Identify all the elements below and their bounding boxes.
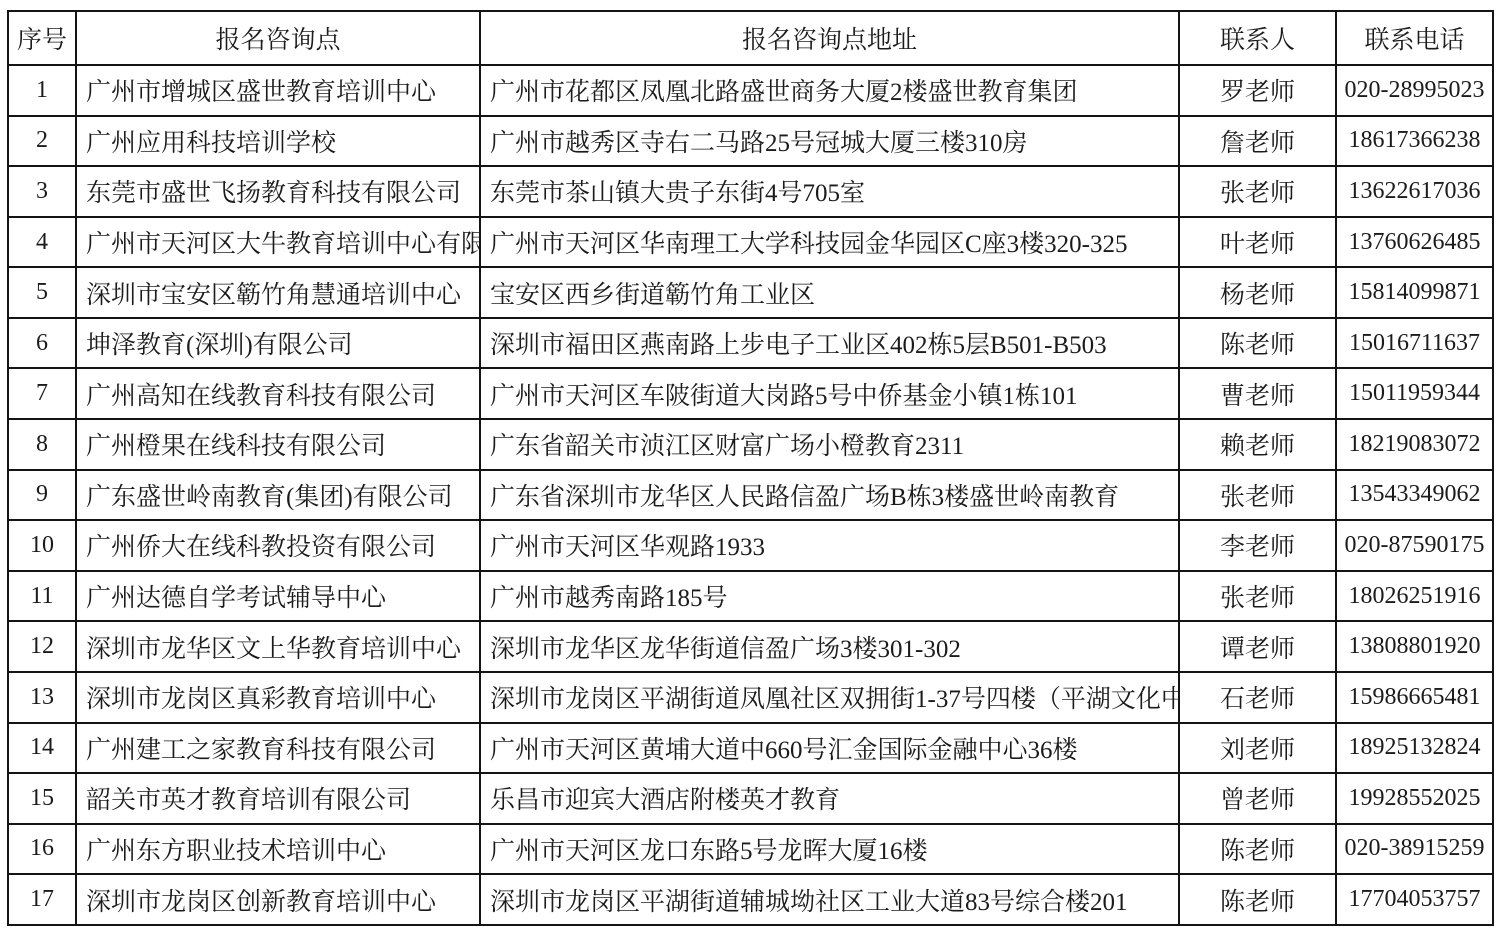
contact-person: 罗老师 [1179, 65, 1336, 116]
contact-person: 赖老师 [1179, 419, 1336, 470]
consult-point-name: 广州东方职业技术培训中心 [76, 824, 480, 875]
col-header-contact: 联系人 [1179, 11, 1336, 65]
col-header-address: 报名咨询点地址 [480, 11, 1179, 65]
contact-phone: 15986665481 [1336, 672, 1493, 723]
contact-phone: 13622617036 [1336, 166, 1493, 217]
col-header-name: 报名咨询点 [76, 11, 480, 65]
consult-point-address: 深圳市龙华区龙华街道信盈广场3楼301-302 [480, 621, 1179, 672]
table-row: 2广州应用科技培训学校广州市越秀区寺右二马路25号冠城大厦三楼310房詹老师18… [8, 116, 1493, 167]
consult-point-address: 广州市天河区华南理工大学科技园金华园区C座3楼320-325 [480, 217, 1179, 268]
row-index: 11 [8, 571, 76, 622]
consult-point-name: 广州市天河区大牛教育培训中心有限公司 [76, 217, 480, 268]
contact-person: 陈老师 [1179, 318, 1336, 369]
contact-phone: 020-38915259 [1336, 824, 1493, 875]
row-index: 13 [8, 672, 76, 723]
row-index: 1 [8, 65, 76, 116]
consult-point-address: 深圳市福田区燕南路上步电子工业区402栋5层B501-B503 [480, 318, 1179, 369]
contact-person: 刘老师 [1179, 723, 1336, 774]
contact-phone: 19928552025 [1336, 773, 1493, 824]
contact-person: 曹老师 [1179, 368, 1336, 419]
consult-point-name: 广州侨大在线科教投资有限公司 [76, 520, 480, 571]
row-index: 4 [8, 217, 76, 268]
contact-person: 张老师 [1179, 571, 1336, 622]
row-index: 14 [8, 723, 76, 774]
consult-point-name: 广东盛世岭南教育(集团)有限公司 [76, 470, 480, 521]
consult-point-address: 深圳市龙岗区平湖街道凤凰社区双拥街1-37号四楼（平湖文化中心） [480, 672, 1179, 723]
row-index: 6 [8, 318, 76, 369]
consult-point-name: 深圳市宝安区簕竹角慧通培训中心 [76, 267, 480, 318]
consult-point-name: 广州市增城区盛世教育培训中心 [76, 65, 480, 116]
table-row: 4广州市天河区大牛教育培训中心有限公司广州市天河区华南理工大学科技园金华园区C座… [8, 217, 1493, 268]
row-index: 16 [8, 824, 76, 875]
consult-point-address: 广州市越秀区寺右二马路25号冠城大厦三楼310房 [480, 116, 1179, 167]
consult-point-name: 坤泽教育(深圳)有限公司 [76, 318, 480, 369]
consult-point-address: 广州市天河区车陂街道大岗路5号中侨基金小镇1栋101 [480, 368, 1179, 419]
contact-person: 叶老师 [1179, 217, 1336, 268]
row-index: 3 [8, 166, 76, 217]
table-row: 11广州达德自学考试辅导中心广州市越秀南路185号张老师18026251916 [8, 571, 1493, 622]
consult-point-address: 广州市天河区龙口东路5号龙晖大厦16楼 [480, 824, 1179, 875]
consult-point-name: 广州应用科技培训学校 [76, 116, 480, 167]
contact-person: 谭老师 [1179, 621, 1336, 672]
contact-person: 张老师 [1179, 470, 1336, 521]
table-row: 6坤泽教育(深圳)有限公司深圳市福田区燕南路上步电子工业区402栋5层B501-… [8, 318, 1493, 369]
consult-point-name: 广州橙果在线科技有限公司 [76, 419, 480, 470]
table-row: 17深圳市龙岗区创新教育培训中心深圳市龙岗区平湖街道辅城坳社区工业大道83号综合… [8, 874, 1493, 925]
contact-phone: 020-87590175 [1336, 520, 1493, 571]
consult-point-address: 广州市花都区凤凰北路盛世商务大厦2楼盛世教育集团 [480, 65, 1179, 116]
contact-phone: 13543349062 [1336, 470, 1493, 521]
contact-phone: 020-28995023 [1336, 65, 1493, 116]
consult-point-address: 广州市天河区黄埔大道中660号汇金国际金融中心36楼 [480, 723, 1179, 774]
row-index: 12 [8, 621, 76, 672]
row-index: 17 [8, 874, 76, 925]
contact-phone: 13760626485 [1336, 217, 1493, 268]
table-row: 8广州橙果在线科技有限公司广东省韶关市浈江区财富广场小橙教育2311赖老师182… [8, 419, 1493, 470]
table-row: 14广州建工之家教育科技有限公司广州市天河区黄埔大道中660号汇金国际金融中心3… [8, 723, 1493, 774]
table-row: 7广州高知在线教育科技有限公司广州市天河区车陂街道大岗路5号中侨基金小镇1栋10… [8, 368, 1493, 419]
row-index: 10 [8, 520, 76, 571]
consult-point-name: 深圳市龙华区文上华教育培训中心 [76, 621, 480, 672]
table-row: 1广州市增城区盛世教育培训中心广州市花都区凤凰北路盛世商务大厦2楼盛世教育集团罗… [8, 65, 1493, 116]
contact-person: 石老师 [1179, 672, 1336, 723]
row-index: 5 [8, 267, 76, 318]
consult-point-address: 广州市越秀南路185号 [480, 571, 1179, 622]
contact-phone: 15011959344 [1336, 368, 1493, 419]
row-index: 2 [8, 116, 76, 167]
table-row: 16广州东方职业技术培训中心广州市天河区龙口东路5号龙晖大厦16楼陈老师020-… [8, 824, 1493, 875]
table-row: 5深圳市宝安区簕竹角慧通培训中心宝安区西乡街道簕竹角工业区杨老师15814099… [8, 267, 1493, 318]
table-row: 10广州侨大在线科教投资有限公司广州市天河区华观路1933李老师020-8759… [8, 520, 1493, 571]
contact-phone: 18219083072 [1336, 419, 1493, 470]
consult-point-name: 广州达德自学考试辅导中心 [76, 571, 480, 622]
contact-phone: 18026251916 [1336, 571, 1493, 622]
contact-phone: 17704053757 [1336, 874, 1493, 925]
consult-point-name: 东莞市盛世飞扬教育科技有限公司 [76, 166, 480, 217]
contact-person: 李老师 [1179, 520, 1336, 571]
contact-phone: 15016711637 [1336, 318, 1493, 369]
consult-point-address: 深圳市龙岗区平湖街道辅城坳社区工业大道83号综合楼201 [480, 874, 1179, 925]
consult-point-name: 广州建工之家教育科技有限公司 [76, 723, 480, 774]
consult-point-address: 广东省深圳市龙华区人民路信盈广场B栋3楼盛世岭南教育 [480, 470, 1179, 521]
table-row: 9广东盛世岭南教育(集团)有限公司广东省深圳市龙华区人民路信盈广场B栋3楼盛世岭… [8, 470, 1493, 521]
col-header-index: 序号 [8, 11, 76, 65]
consult-point-address: 宝安区西乡街道簕竹角工业区 [480, 267, 1179, 318]
contact-phone: 18617366238 [1336, 116, 1493, 167]
table-row: 13深圳市龙岗区真彩教育培训中心深圳市龙岗区平湖街道凤凰社区双拥街1-37号四楼… [8, 672, 1493, 723]
registration-consultation-page: 序号 报名咨询点 报名咨询点地址 联系人 联系电话 1广州市增城区盛世教育培训中… [7, 10, 1492, 926]
col-header-phone: 联系电话 [1336, 11, 1493, 65]
consult-point-address: 东莞市茶山镇大贵子东街4号705室 [480, 166, 1179, 217]
consultation-points-table: 序号 报名咨询点 报名咨询点地址 联系人 联系电话 1广州市增城区盛世教育培训中… [7, 10, 1494, 926]
contact-person: 陈老师 [1179, 824, 1336, 875]
consult-point-name: 广州高知在线教育科技有限公司 [76, 368, 480, 419]
contact-person: 詹老师 [1179, 116, 1336, 167]
contact-person: 曾老师 [1179, 773, 1336, 824]
consult-point-name: 韶关市英才教育培训有限公司 [76, 773, 480, 824]
contact-phone: 18925132824 [1336, 723, 1493, 774]
contact-person: 张老师 [1179, 166, 1336, 217]
table-row: 3东莞市盛世飞扬教育科技有限公司东莞市茶山镇大贵子东街4号705室张老师1362… [8, 166, 1493, 217]
contact-person: 杨老师 [1179, 267, 1336, 318]
contact-phone: 13808801920 [1336, 621, 1493, 672]
row-index: 8 [8, 419, 76, 470]
table-row: 15韶关市英才教育培训有限公司乐昌市迎宾大酒店附楼英才教育曾老师19928552… [8, 773, 1493, 824]
consult-point-address: 广州市天河区华观路1933 [480, 520, 1179, 571]
table-row: 12深圳市龙华区文上华教育培训中心深圳市龙华区龙华街道信盈广场3楼301-302… [8, 621, 1493, 672]
consult-point-name: 深圳市龙岗区创新教育培训中心 [76, 874, 480, 925]
row-index: 15 [8, 773, 76, 824]
table-body: 1广州市增城区盛世教育培训中心广州市花都区凤凰北路盛世商务大厦2楼盛世教育集团罗… [8, 65, 1493, 925]
row-index: 9 [8, 470, 76, 521]
contact-phone: 15814099871 [1336, 267, 1493, 318]
consult-point-address: 广东省韶关市浈江区财富广场小橙教育2311 [480, 419, 1179, 470]
consult-point-name: 深圳市龙岗区真彩教育培训中心 [76, 672, 480, 723]
consult-point-address: 乐昌市迎宾大酒店附楼英才教育 [480, 773, 1179, 824]
contact-person: 陈老师 [1179, 874, 1336, 925]
row-index: 7 [8, 368, 76, 419]
table-header-row: 序号 报名咨询点 报名咨询点地址 联系人 联系电话 [8, 11, 1493, 65]
